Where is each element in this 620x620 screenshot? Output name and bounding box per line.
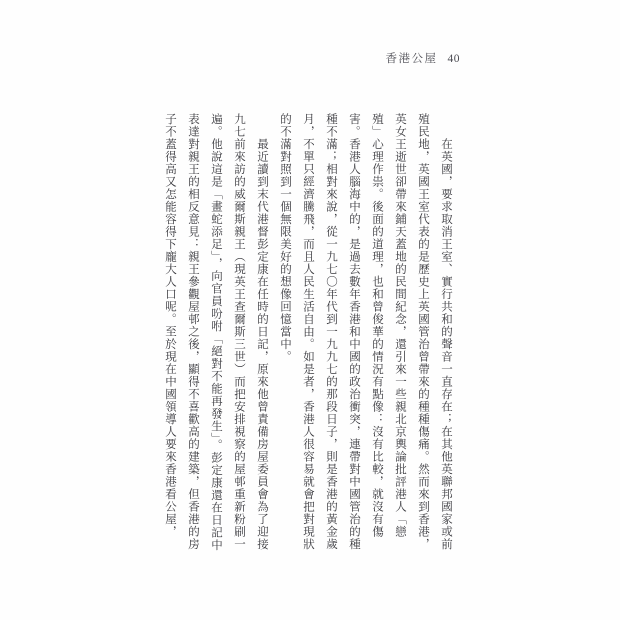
vertical-text-block: 在英國，要求取消王室、實行共和的聲音一直存在；在其他英聯邦國家或前殖民地，英國王…	[158, 113, 457, 553]
page-header: 香港公屋 40	[386, 50, 461, 66]
book-page: 香港公屋 40 在英國，要求取消王室、實行共和的聲音一直存在；在其他英聯邦國家或…	[0, 0, 620, 620]
paragraph-2: 最近讀到末代港督彭定康在任時的日記，原來他曾責備房屋委員會為了迎接九七前來訪的威…	[158, 113, 273, 553]
book-title: 香港公屋	[386, 50, 438, 66]
paragraph-1: 在英國，要求取消王室、實行共和的聲音一直存在；在其他英聯邦國家或前殖民地，英國王…	[273, 113, 457, 553]
page-number: 40	[448, 53, 461, 65]
